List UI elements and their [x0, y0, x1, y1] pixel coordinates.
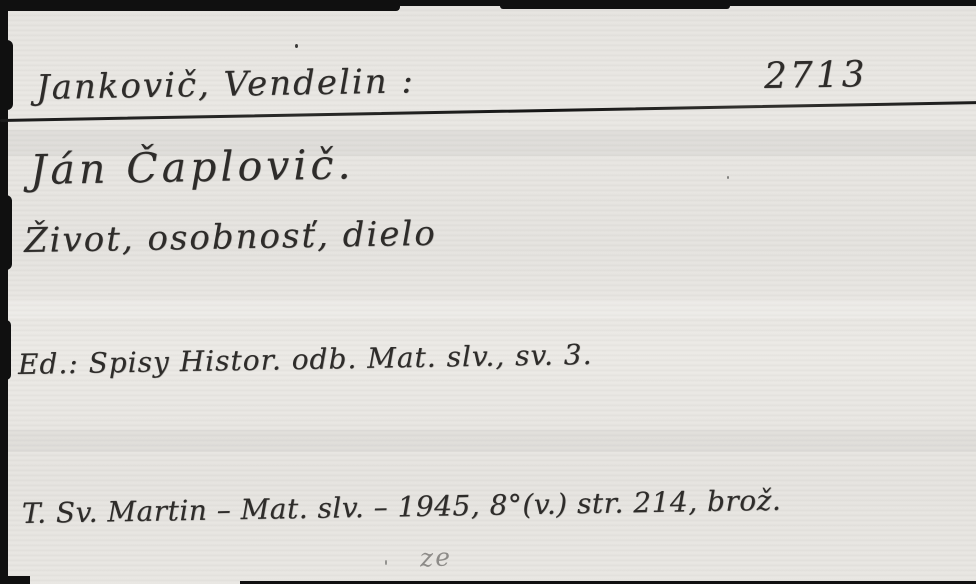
title-line-person: Ján Čaplovič.	[30, 140, 355, 194]
scan-border-top-segment	[0, 0, 400, 11]
pencil-annotation: ze	[420, 542, 453, 572]
scanner-streak	[0, 430, 976, 452]
scan-speck	[385, 560, 387, 565]
scanner-streak	[0, 300, 976, 318]
author-heading: Jankovič, Vendelin :	[36, 61, 415, 108]
catalog-card-scan: Jankovič, Vendelin : 2713 Ján Čaplovič. …	[0, 0, 976, 584]
title-line-subtitle: Život, osobnosť, dielo	[24, 214, 437, 261]
scan-speck	[727, 176, 729, 179]
series-note: Ed.: Spisy Histor. odb. Mat. slv., sv. 3…	[18, 338, 593, 381]
scan-border-top-segment	[500, 0, 730, 9]
imprint-line: T. Sv. Martin – Mat. slv. – 1945, 8°(v.)…	[22, 484, 782, 530]
scan-border-left-blob	[0, 320, 11, 380]
scan-border-bottom-left	[0, 576, 30, 584]
catalog-number: 2713	[764, 54, 868, 97]
scan-border-left-blob	[0, 40, 13, 110]
scan-border-left-blob	[0, 195, 12, 270]
scan-speck	[295, 44, 298, 48]
